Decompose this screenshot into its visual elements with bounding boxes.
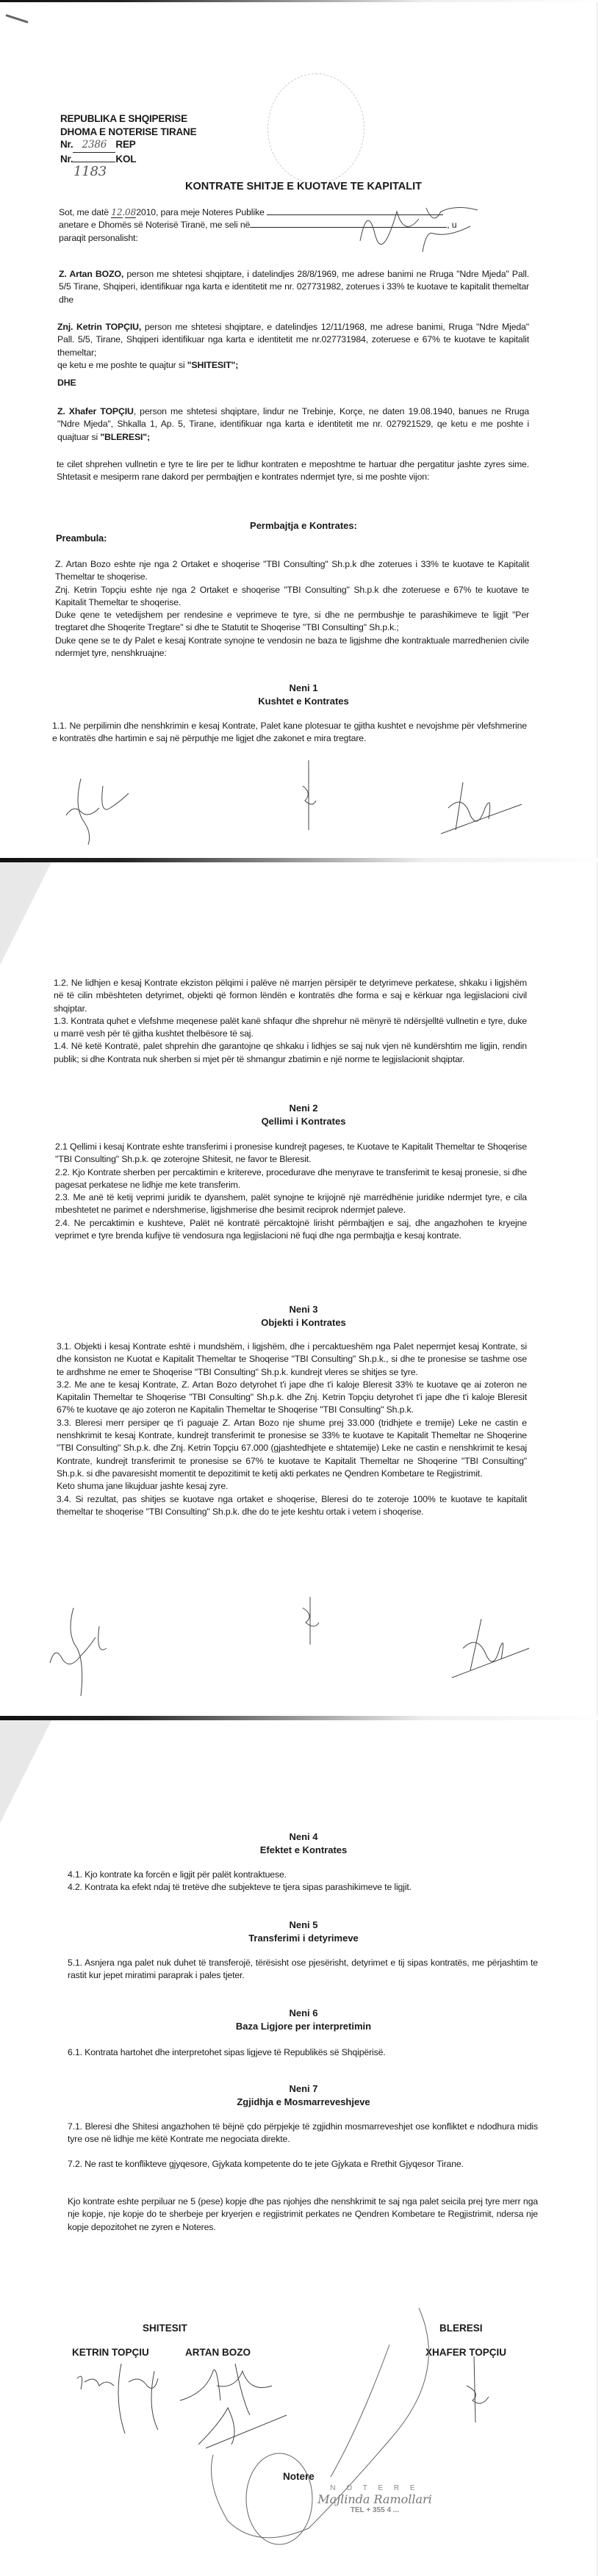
article-1-number: Neni 1 [0, 682, 607, 694]
article-5-clauses: 5.1. Asnjera nga palet nuk duhet të tran… [68, 1957, 538, 1982]
notary-signature-intro [353, 197, 492, 256]
agreement-paragraph: te cilet shprehen vullnetin e tyre te li… [57, 458, 529, 484]
staple-mark [5, 14, 28, 24]
article-2-title: Qellimi i Kontrates [0, 1115, 607, 1128]
article-6-number: Neni 6 [0, 2007, 607, 2019]
notary-seal [267, 73, 364, 184]
signature-artan-bozo-p2 [448, 1615, 536, 1681]
article-7-number: Neni 7 [0, 2082, 607, 2095]
article-2-clauses: 2.1 Qellimi i kesaj Kontrate eshte trans… [55, 1141, 527, 1242]
and-separator: DHE [57, 377, 76, 389]
article-3-clauses: 3.1. Objekti i kesaj Kontrate eshtë i mu… [57, 1341, 527, 1518]
signature-xhafer-topciu-p1 [294, 757, 323, 837]
preamble-body: Z. Artan Bozo eshte nje nga 2 Ortaket e … [55, 558, 529, 660]
article-6-title: Baza Ligjore per interpretimin [0, 2020, 607, 2032]
handwritten-number: 1183 [73, 165, 196, 178]
article-7-clause-1: 7.1. Bleresi dhe Shitesi angazhohen të b… [68, 2121, 538, 2146]
article-4-clauses: 4.1. Kjo kontrate ka forcën e ligjit për… [68, 1869, 538, 1894]
header-rep-number: Nr.2386REP [60, 138, 196, 153]
signature-ketrin-topciu [70, 2356, 173, 2437]
sellers-label: SHITESIT [143, 2323, 187, 2334]
article-5-number: Neni 5 [0, 1919, 607, 1931]
article-6-clauses: 6.1. Kontrata hartohet dhe interpretohet… [68, 2046, 538, 2059]
article-3-title: Objekti i Kontrates [0, 1316, 607, 1329]
page-fold-shadow [0, 862, 51, 965]
signature-xhafer-topciu-p2 [294, 1597, 323, 1648]
content-heading: Permbajtja e Kontrates: [0, 519, 607, 532]
signature-artan-bozo-p1 [434, 779, 529, 837]
article-7-clause-2: 7.2. Ne rast te konflikteve gjyqesore, G… [68, 2158, 538, 2171]
header-chamber: DHOMA E NOTERISE TIRANE [60, 126, 196, 139]
article-7-title: Zgjidhja e Mosmarreveshjeve [0, 2096, 607, 2108]
document-title: KONTRATE SHITJE E KUOTAVE TE KAPITALIT [0, 181, 607, 192]
page-3: Neni 4 Efektet e Kontrates 4.1. Kjo kont… [0, 1720, 597, 2576]
buyer-paragraph: Z. Xhafer TOPÇIU, person me shtetesi shq… [57, 405, 529, 444]
page-2: 1.2. Ne lidhjen e kesaj Kontrate ekzisto… [0, 862, 597, 1716]
article-5-title: Transferimi i detyrimeve [0, 1932, 607, 1944]
article-2-number: Neni 2 [0, 1102, 607, 1114]
page-top-edge [0, 0, 607, 2]
signature-xhafer-topciu [459, 2356, 503, 2430]
page-fold-shadow [0, 1720, 51, 1823]
closing-paragraph: Kjo kontrate eshte perpiluar ne 5 (pese)… [68, 2196, 538, 2234]
article-4-number: Neni 4 [0, 1830, 607, 1843]
document-header: REPUBLIKA E SHQIPERISE DHOMA E NOTERISE … [60, 112, 196, 178]
article-3-number: Neni 3 [0, 1303, 607, 1316]
article-1-title: Kushtet e Kontrates [0, 695, 607, 707]
signature-ketrin-topciu-p2 [44, 1604, 125, 1700]
signature-ketrin-topciu-p1 [59, 764, 140, 852]
article-1-clauses-cont: 1.2. Ne lidhjen e kesaj Kontrate ekzisto… [54, 977, 527, 1066]
seller2-paragraph: Znj. Ketrin TOPÇIU, person me shtetesi s… [57, 321, 529, 372]
article-4-title: Efektet e Kontrates [0, 1844, 607, 1856]
seller1-paragraph: Z. Artan BOZO, person me shtetesi shqipt… [59, 268, 529, 306]
header-republic: REPUBLIKA E SHQIPERISE [60, 112, 196, 126]
clause-1-1: 1.1. Ne perpilimin dhe nenshkrimin e kes… [52, 720, 527, 746]
page-1: REPUBLIKA E SHQIPERISE DHOMA E NOTERISE … [0, 0, 597, 859]
preamble-heading: Preambula: [56, 532, 107, 544]
notary-stamp: N O T E R E Majlinda Ramollari TEL + 355… [287, 2484, 463, 2514]
